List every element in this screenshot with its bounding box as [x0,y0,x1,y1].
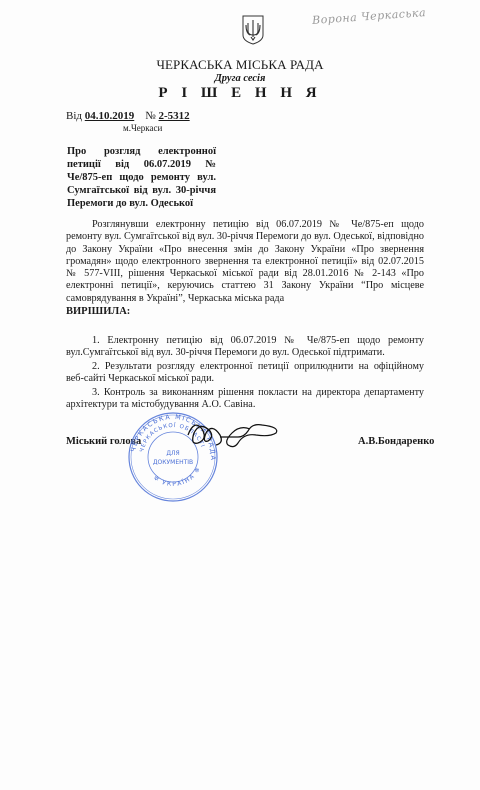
svg-text:✲ УКРАЇНА ✲: ✲ УКРАЇНА ✲ [152,465,203,488]
document-page: Ворона Черкаська ЧЕРКАСЬКА МІСЬКА РАДА Д… [0,0,480,790]
council-name: ЧЕРКАСЬКА МІСЬКА РАДА [0,57,480,73]
subject-heading: Про розгляд електронної петиції від 06.0… [67,145,216,210]
decision-item-2: 2. Результати розгляду електронної петиц… [66,361,424,386]
stamp-center-line2: ДОКУМЕНТІВ [153,459,193,466]
handwritten-note: Ворона Черкаська [312,6,427,27]
stamp-center-line1: ДЛЯ [166,450,179,457]
decision-number: 2-5312 [159,110,190,122]
signatory-name: А.В.Бондаренко [358,436,434,447]
date-prefix: Від [66,110,82,122]
handwritten-signature-icon [180,415,290,451]
date-line: Від 04.10.2019 № 2-5312 [66,110,190,122]
document-title: Р І Ш Е Н Н Я [0,85,480,102]
number-prefix: № [145,110,156,122]
session-label: Друга сесія [0,73,480,84]
preamble-paragraph: Розглянувши електронну петицію від 06.07… [66,219,424,305]
decision-item-3: 3. Контроль за виконанням рішення поклас… [66,387,424,412]
decided-label: ВИРІШИЛА: [66,306,130,317]
city-label: м.Черкаси [123,123,162,133]
decision-item-1: 1. Електронну петицію від 06.07.2019 № Ч… [66,335,424,360]
trident-emblem-icon [242,15,264,45]
decision-date: 04.10.2019 [85,110,135,122]
